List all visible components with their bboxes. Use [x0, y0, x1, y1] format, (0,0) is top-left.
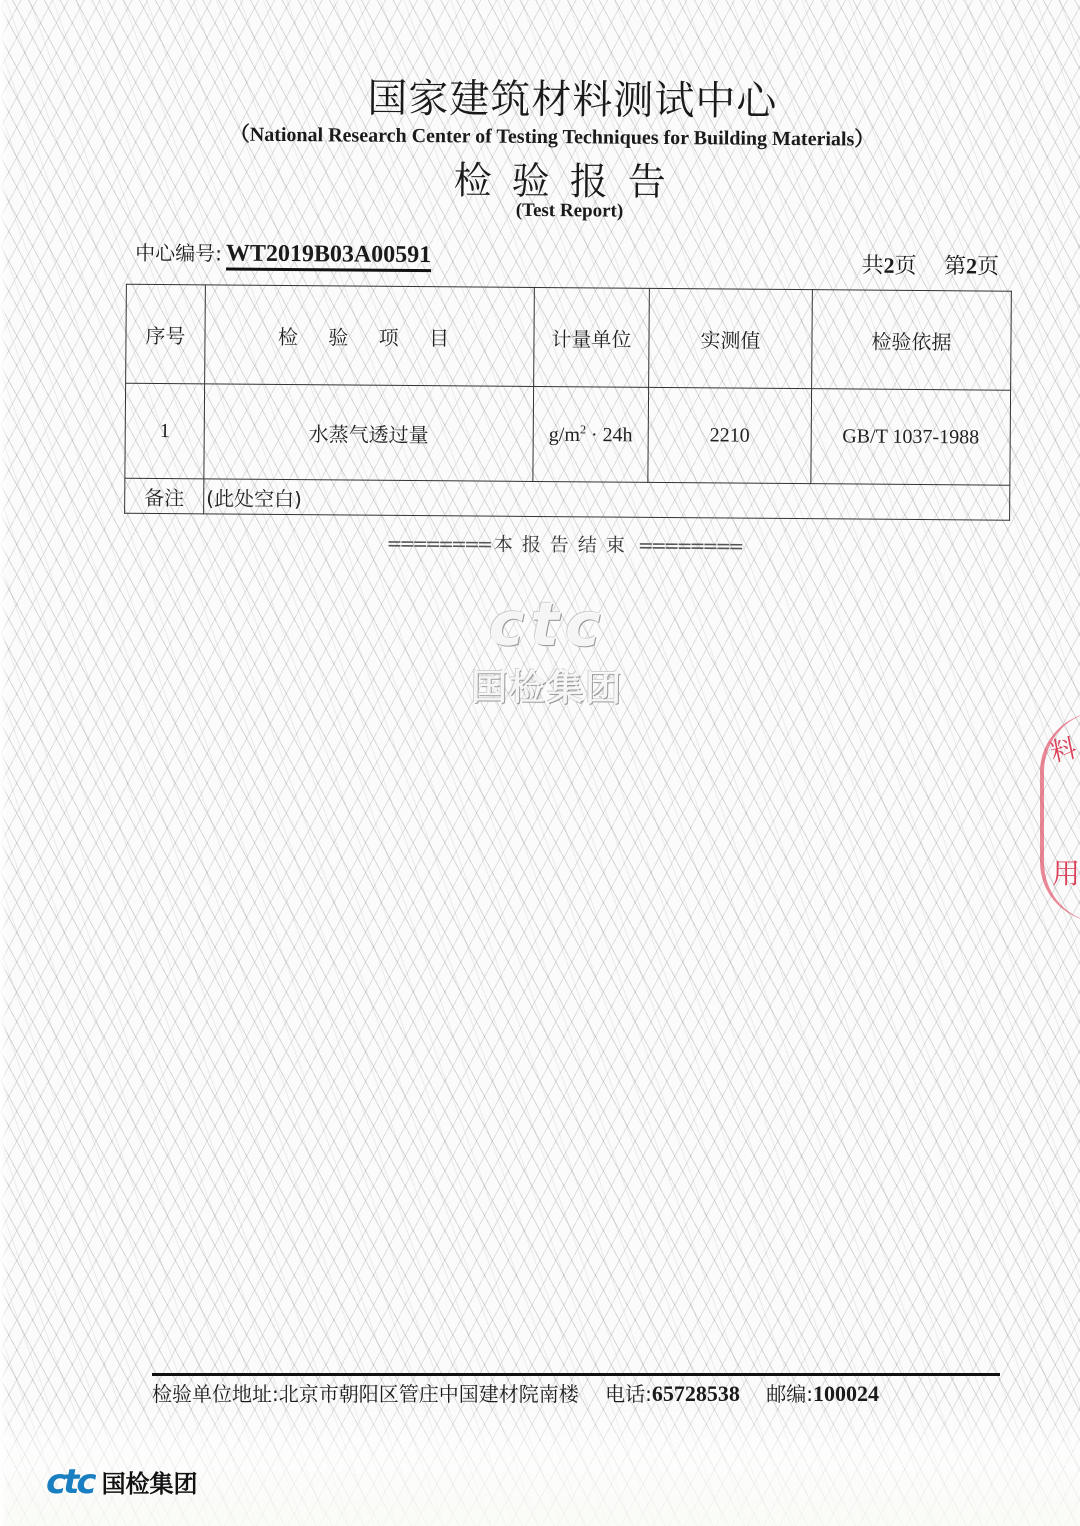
end-dashes-left: ========	[386, 533, 490, 556]
total-pages-label: 共	[861, 254, 883, 279]
col-header-standard: 检验依据	[812, 290, 1012, 391]
cell-value: 2210	[648, 387, 812, 483]
current-page-label: 第	[944, 254, 966, 279]
remark-row: 备注 (此处空白)	[125, 478, 1010, 520]
unit-tail: · 24h	[586, 424, 633, 446]
report-page: 国家建筑材料测试中心 （National Research Center of …	[0, 0, 1080, 1526]
col-header-index: 序号	[126, 284, 206, 384]
col-header-value: 实测值	[649, 288, 813, 388]
remark-value: (此处空白)	[204, 479, 1010, 520]
ctc-brand-logo-icon: ctc	[46, 1465, 94, 1499]
postcode-label: 邮编:	[766, 1382, 813, 1406]
table-header-row: 序号 检 验 项 目 计量单位 实测值 检验依据	[126, 284, 1012, 390]
embossed-watermark: ctc 国检集团	[460, 589, 636, 711]
table-row: 1 水蒸气透过量 g/m2 · 24h 2210 GB/T 1037-1988	[125, 383, 1011, 485]
stamp-char-top: 料	[1046, 728, 1079, 770]
address-label: 检验单位地址:	[152, 1382, 279, 1406]
col-header-unit: 计量单位	[534, 287, 650, 387]
total-pages-suffix: 页	[894, 254, 916, 279]
center-number-label: 中心编号:	[135, 241, 222, 266]
report-end-marker: ========本报告结束========	[0, 526, 1079, 561]
ctc-logo-icon: ctc	[460, 589, 636, 660]
phone-label: 电话:	[605, 1382, 652, 1406]
remark-label: 备注	[125, 478, 204, 514]
cell-standard: GB/T 1037-1988	[811, 389, 1011, 486]
center-number: 中心编号:WT2019B03A00591	[135, 237, 431, 269]
current-page-value: 2	[966, 253, 977, 278]
address-value: 北京市朝阳区管庄中国建材院南楼	[279, 1382, 579, 1406]
watermark-text: 国检集团	[460, 659, 635, 711]
brand-name: 国检集团	[102, 1464, 198, 1499]
cell-item: 水蒸气透过量	[204, 384, 534, 482]
col-header-item: 检 验 项 目	[205, 285, 535, 387]
brand-footer: ctc 国检集团	[46, 1464, 198, 1499]
cell-unit: g/m2 · 24h	[533, 386, 649, 482]
current-page-suffix: 页	[977, 254, 999, 279]
end-text: 本报告结束	[494, 534, 634, 557]
center-number-value: WT2019B03A00591	[226, 241, 432, 273]
test-results-table: 序号 检 验 项 目 计量单位 实测值 检验依据 1 水蒸气透过量 g/m2 ·…	[124, 284, 1012, 521]
phone-value: 65728538	[652, 1381, 740, 1406]
footer-divider	[152, 1373, 1000, 1376]
unit-base: g/m	[549, 423, 580, 445]
stamp-char-bottom: 用	[1052, 852, 1080, 892]
footer-contact: 检验单位地址:北京市朝阳区管庄中国建材院南楼 电话:65728538 邮编:10…	[152, 1378, 879, 1407]
cell-index: 1	[125, 383, 205, 479]
page-indicator: 共2页 第2页	[861, 249, 999, 281]
total-pages-value: 2	[883, 253, 894, 278]
postcode-value: 100024	[813, 1381, 879, 1406]
end-dashes-right: ========	[638, 535, 742, 558]
